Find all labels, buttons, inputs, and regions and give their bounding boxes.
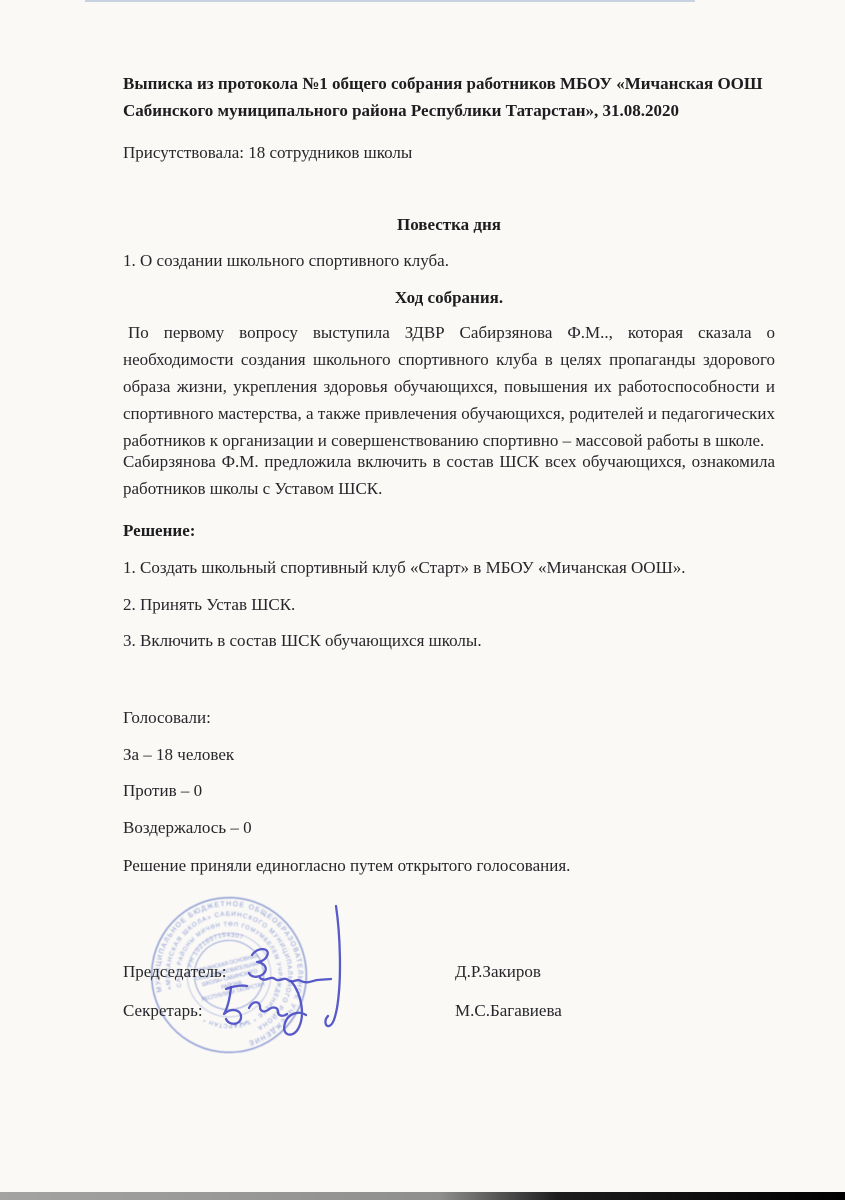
chairman-ink-signature xyxy=(249,906,340,1026)
scan-edge-bottom xyxy=(0,1192,845,1200)
decision-item-2: 2. Принять Устав ШСК. xyxy=(123,591,775,618)
attendance-line: Присутствовала: 18 сотрудников школы xyxy=(123,139,775,166)
scanned-protocol-page: Выписка из протокола №1 общего собрания … xyxy=(0,0,845,1200)
secretary-role-label: Секретарь: xyxy=(123,1001,203,1020)
voting-result: Решение приняли единогласно путем открыт… xyxy=(123,852,775,879)
document-title: Выписка из протокола №1 общего собрания … xyxy=(123,70,775,124)
decision-heading: Решение: xyxy=(123,517,775,544)
vote-against: Против – 0 xyxy=(123,777,775,804)
agenda-heading: Повестка дня xyxy=(123,211,775,238)
vote-for: За – 18 человек xyxy=(123,741,775,768)
scan-edge-top xyxy=(85,0,695,2)
secretary-ink-signature xyxy=(224,981,306,1035)
secretary-name: М.С.Багавиева xyxy=(455,1001,562,1021)
speech-paragraph: По первому вопросу выступила ЗДВР Сабирз… xyxy=(123,319,775,454)
proceedings-heading: Ход собрания. xyxy=(123,284,775,311)
voting-heading: Голосовали: xyxy=(123,704,775,731)
ink-signatures xyxy=(195,885,375,1065)
agenda-item: 1. О создании школьного спортивного клуб… xyxy=(123,247,775,274)
chairman-name: Д.Р.Закиров xyxy=(455,962,541,982)
decision-item-3: 3. Включить в состав ШСК обучающихся шко… xyxy=(123,627,775,654)
vote-abstained: Воздержалось – 0 xyxy=(123,814,775,841)
proposal-paragraph: Сабирзянова Ф.М. предложила включить в с… xyxy=(123,448,775,502)
decision-item-1: 1. Создать школьный спортивный клуб «Ста… xyxy=(123,554,775,581)
